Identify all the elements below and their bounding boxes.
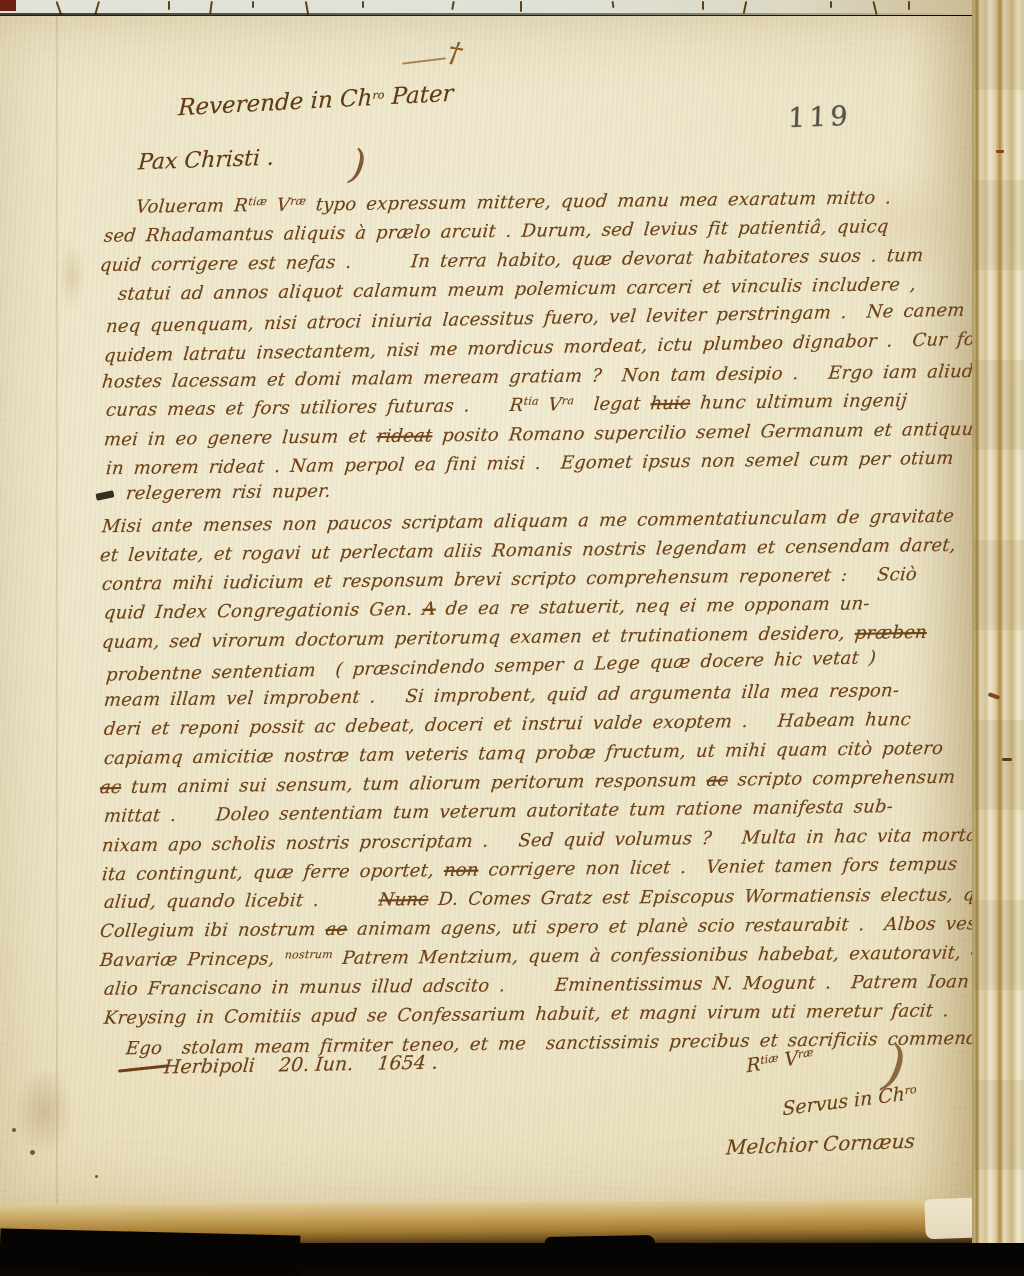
binding-corner-patch — [0, 0, 16, 11]
edge-mark — [988, 692, 1001, 700]
signature: Melchior Cornæus — [725, 1129, 915, 1160]
ink-descender-mark — [612, 1, 615, 8]
cross-mark: † — [445, 35, 465, 70]
page-number-stamp: 119 — [787, 101, 852, 134]
insertion-mark — [95, 490, 114, 501]
body-line: meam illam vel improbent . Si improbent,… — [103, 680, 900, 711]
body-line: ita contingunt, quæ ferre oportet, non c… — [101, 854, 958, 885]
ink-descender-mark — [830, 1, 832, 8]
paper-stain — [14, 1066, 74, 1156]
ink-descender-mark — [451, 1, 455, 10]
greeting-line: Pax Christi . — [137, 146, 274, 176]
ink-spot — [12, 1128, 16, 1132]
background — [0, 1243, 1024, 1268]
manuscript-scan: † 119 Reverende in Chro Pater Pax Christ… — [0, 0, 1024, 1268]
salutation-line: Reverende in Chro Pater — [178, 81, 454, 122]
closing-line-servus: Servus in Chro — [782, 1082, 917, 1121]
body-line: nixam apo scholis nostris proscriptam . … — [101, 825, 990, 857]
body-line: probentne sententiam ( præscindendo semp… — [105, 647, 877, 686]
ink-descender-mark — [908, 1, 910, 10]
ink-descender-mark — [702, 1, 704, 10]
edge-mark — [1002, 758, 1012, 761]
body-line: Misi ante menses non paucos scriptam ali… — [101, 506, 955, 537]
body-line: ac tum animi sui sensum, tum aliorum per… — [99, 767, 956, 798]
body-line: Bavariæ Princeps, nostrum Patrem Mentziu… — [99, 942, 1018, 971]
body-line: Volueram Rtiæ Vræ typo expressum mittere… — [135, 187, 892, 217]
paper-crease — [56, 16, 58, 1210]
paper-stain — [58, 241, 86, 311]
dateline: Herbipoli 20. Iun. 1654 . — [163, 1052, 439, 1079]
body-line: Collegium ibi nostrum ae animam agens, u… — [99, 913, 1011, 942]
ink-descender-mark — [362, 1, 364, 8]
cross-mark-flourish — [402, 57, 446, 64]
body-line: quid corrigere est nefas . In terra habi… — [99, 245, 924, 276]
body-line: curas meas et fors utiliores futuras . R… — [105, 390, 908, 421]
ink-spot — [30, 1150, 35, 1155]
ink-spot — [95, 1175, 98, 1178]
body-line: Kreysing in Comitiis apud se Confessariu… — [103, 1000, 950, 1028]
body-line: statui ad annos aliquot calamum meum pol… — [117, 274, 917, 305]
body-line: capiamq amicitiæ nostræ tam veteris tamq… — [103, 738, 944, 769]
body-line: contra mihi iudicium et responsum brevi … — [101, 564, 918, 595]
body-line: mittat . Doleo sententiam tum veterum au… — [103, 796, 894, 827]
body-line: in morem rideat . Nam perpol ea fini mis… — [105, 448, 954, 479]
body-line: sed Rhadamantus aliquis à prælo arcuit .… — [103, 216, 889, 247]
body-line: aliud, quando licebit . Nunc D. Comes Gr… — [103, 884, 994, 913]
body-line: deri et reponi possit ac debeat, doceri … — [103, 709, 912, 740]
page-stack-edge — [972, 0, 1024, 1245]
greeting-paraph-flourish: ) — [348, 141, 368, 188]
body-line: relegerem risi nuper. — [125, 481, 332, 505]
body-line: quid Index Congregationis Gen. A de ea r… — [103, 593, 871, 623]
body-line: mei in eo genere lusum et rideat posito … — [103, 419, 992, 451]
edge-mark — [996, 150, 1004, 153]
ink-descender-mark — [252, 1, 254, 8]
body-line: hostes lacessam et domi malam meream gra… — [101, 360, 1024, 392]
body-line: alio Franciscano in munus illud adscito … — [103, 971, 970, 1000]
ink-descender-mark — [168, 1, 170, 10]
body-line: et levitate, et rogavi ut perlectam alii… — [99, 535, 957, 566]
ink-descender-mark — [520, 1, 522, 12]
dateline-flourish — [118, 1064, 168, 1072]
letter-page: † 119 Reverende in Chro Pater Pax Christ… — [0, 16, 975, 1210]
